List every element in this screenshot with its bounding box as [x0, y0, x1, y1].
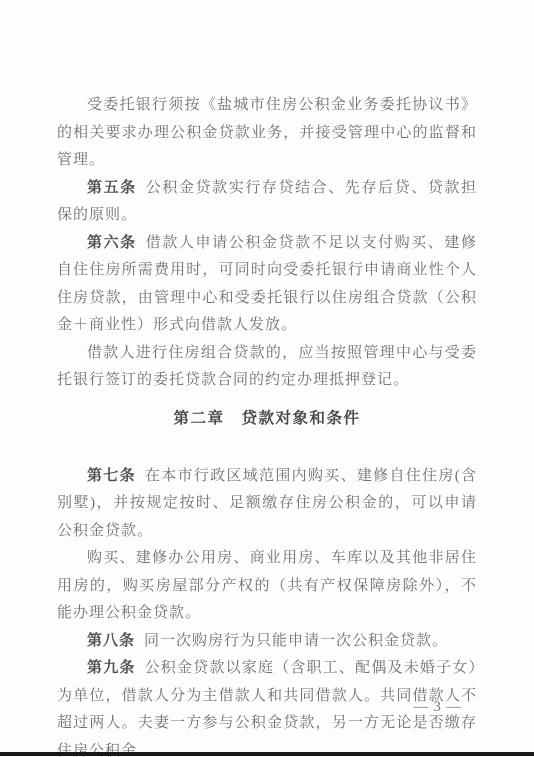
article-number: 第五条 [87, 180, 137, 196]
paragraph-text: 购买、建修办公用房、商业用房、车库以及其他非居住用房的，购买房屋部分产权的（共有… [57, 550, 477, 621]
paragraph: 受委托银行须按《盐城市住房公积金业务委托协议书》的相关要求办理公积金贷款业务，并… [57, 92, 477, 175]
document-page: 受委托银行须按《盐城市住房公积金业务委托协议书》的相关要求办理公积金贷款业务，并… [0, 0, 534, 757]
paragraph-article-7: 第七条在本市行政区域范围内购买、建修自住住房(含别墅)，并按规定按时、足额缴存住… [57, 463, 477, 546]
article-number: 第八条 [87, 633, 135, 649]
article-number: 第七条 [87, 468, 136, 484]
paragraph-text: 同一次购房行为只能申请一次公积金贷款。 [144, 633, 448, 649]
paragraph-article-8: 第八条同一次购房行为只能申请一次公积金贷款。 [57, 628, 477, 656]
paragraph-article-5: 第五条公积金贷款实行存贷结合、先存后贷、贷款担保的原则。 [57, 175, 477, 230]
paragraph-text: 借款人进行住房组合贷款的，应当按照管理中心与受委托银行签订的委托贷款合同的约定办… [57, 345, 477, 389]
scan-edge-line [0, 752, 534, 756]
paragraph: 购买、建修办公用房、商业用房、车库以及其他非居住用房的，购买房屋部分产权的（共有… [57, 545, 477, 628]
article-number: 第六条 [87, 235, 137, 251]
paragraph-article-6: 第六条借款人申请公积金贷款不足以支付购买、建修自住住房所需费用时，可同时向受委托… [57, 230, 477, 340]
page-number: — 3 — [414, 699, 463, 716]
paragraph-text: 受委托银行须按《盐城市住房公积金业务委托协议书》的相关要求办理公积金贷款业务，并… [57, 97, 477, 168]
chapter-heading: 第二章 贷款对象和条件 [57, 405, 477, 433]
paragraph: 借款人进行住房组合贷款的，应当按照管理中心与受委托银行签订的委托贷款合同的约定办… [57, 340, 477, 395]
article-number: 第九条 [87, 660, 136, 676]
document-body: 受委托银行须按《盐城市住房公积金业务委托协议书》的相关要求办理公积金贷款业务，并… [57, 92, 477, 757]
